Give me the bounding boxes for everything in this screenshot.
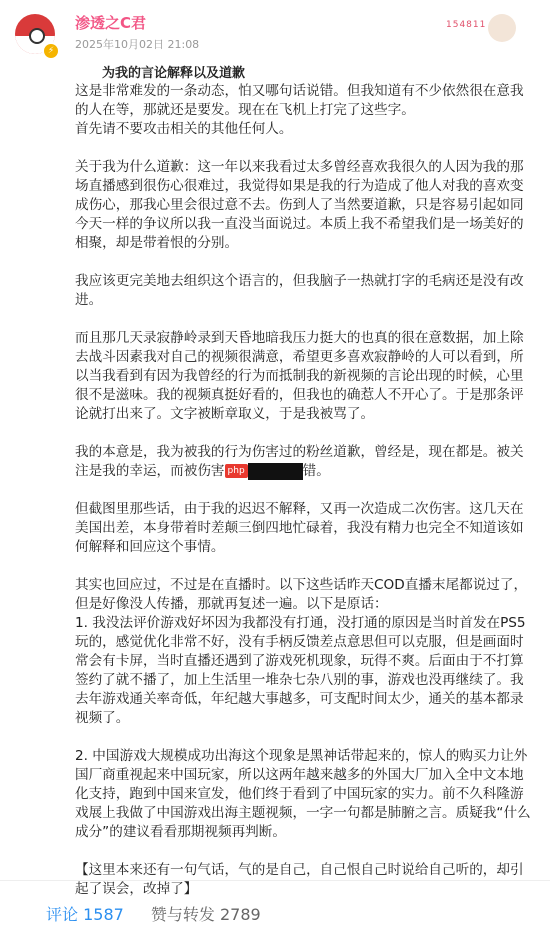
paragraph: 但截图里那些话，由于我的迟迟不解释，又再一次造成二次伤害。这几天在美国出差，本身… [75, 500, 535, 557]
paragraph: 关于我为什么道歉：这一年以来我看过太多曾经喜欢我很久的人因为我的那场直播感到很伤… [75, 158, 535, 253]
redacted-block [248, 463, 303, 480]
post-body: 这是非常难发的一条动态，怕又哪句话说错。但我知道有不少依然很在意我的人在等，那就… [75, 82, 535, 918]
tab-likes-reposts[interactable]: 赞与转发 2789 [151, 902, 261, 925]
pokeball-icon [29, 28, 45, 44]
author-name[interactable]: 渗透之C君 [75, 12, 146, 33]
paragraph: 2. 中国游戏大规模成功出海这个现象是黑神话带起来的，惊人的购买力让外国厂商重视… [75, 747, 535, 842]
paragraph: 我应该更完美地去组织这个语言的，但我脑子一热就打字的毛病还是没有改进。 [75, 272, 535, 310]
paragraph: 我的本意是，我为被我的行为伤害过的粉丝道歉，曾经是，现在都是。被关注是我的幸运，… [75, 443, 535, 481]
post-timestamp: 2025年10月02日 21:08 [75, 36, 199, 52]
divider [0, 880, 550, 881]
verified-badge-icon: ⚡ [42, 42, 60, 60]
post-title: 为我的言论解释以及道歉 [102, 62, 245, 81]
paragraph: 而且那几天录寂静岭录到天昏地暗我压力挺大的也真的很在意数据，加上除去战斗因素我对… [75, 329, 535, 424]
decoration-icon [488, 14, 516, 42]
paragraph-tail: 错。 [303, 463, 330, 479]
watermark: php [225, 464, 248, 478]
tab-comments[interactable]: 评论 1587 [46, 902, 124, 925]
paragraph: 其实也回应过，不过是在直播时。以下这些话昨天COD直播末尾都说过了，但是好像没人… [75, 576, 535, 728]
fan-count: 154811 [446, 20, 486, 30]
tab-bar: 评论 1587 赞与转发 2789 [46, 902, 283, 925]
paragraph: 这是非常难发的一条动态，怕又哪句话说错。但我知道有不少依然很在意我的人在等，那就… [75, 82, 535, 139]
